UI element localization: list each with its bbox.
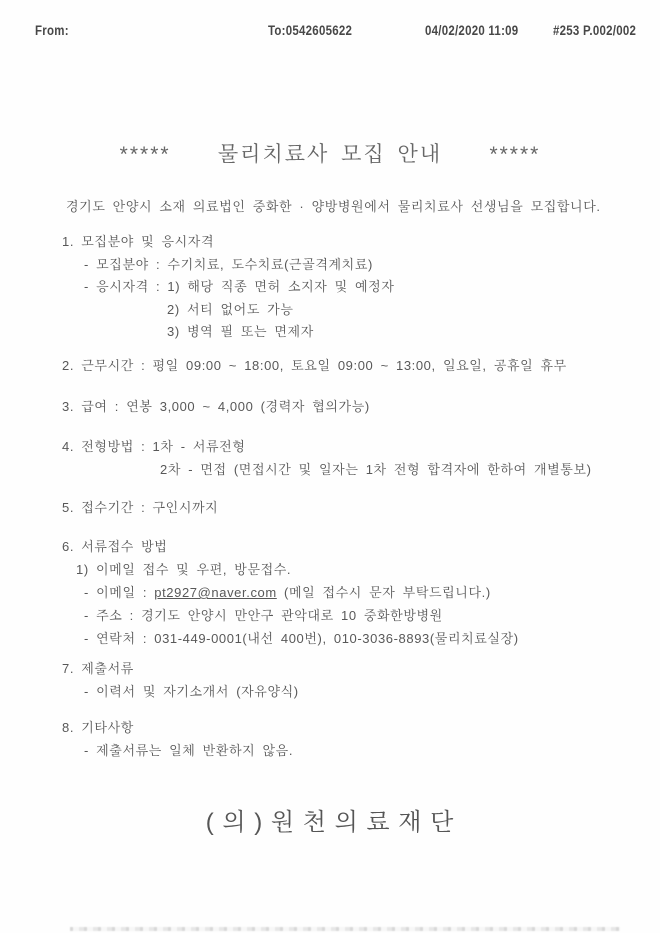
section-8-note: - 제출서류는 일체 반환하지 않음. [84,740,293,759]
section-3-salary: 3. 급여 : 연봉 3,000 ~ 4,000 (경력자 협의가능) [62,396,370,415]
section-1-qualification-2: 2) 서티 없어도 가능 [167,299,294,318]
section-2-work-hours: 2. 근무시간 : 평일 09:00 ~ 18:00, 토요일 09:00 ~ … [62,355,567,374]
fax-from-label: From: [35,23,69,38]
notice-intro: 경기도 안양시 소재 의료법인 중화한 · 양방병원에서 물리치료사 선생님을 … [66,196,601,215]
section-6-submit-method: 1) 이메일 접수 및 우편, 방문접수. [76,559,291,578]
fax-page-count: #253 P.002/002 [553,23,636,38]
section-5-application-period: 5. 접수기간 : 구인시까지 [62,497,218,516]
section-1-qualification-1: - 응시자격 : 1) 해당 직종 면허 소지자 및 예정자 [84,276,395,295]
section-4-process-step1: 4. 전형방법 : 1차 - 서류전형 [62,436,246,455]
section-1-qualification-3: 3) 병역 필 또는 면제자 [167,321,314,340]
section-4-process-step2: 2차 - 면접 (면접시간 및 일자는 1차 전형 합격자에 한하여 개별통보) [160,459,592,478]
email-label: - 이메일 : [84,585,154,600]
foundation-name: ( 의 ) 원 천 의 료 재 단 [0,802,660,837]
section-6-address: - 주소 : 경기도 안양시 만안구 관악대로 10 중화한방병원 [84,605,443,624]
section-1-heading: 1. 모집분야 및 응시자격 [62,231,214,250]
email-note: (메일 접수시 문자 부탁드립니다.) [277,585,491,600]
email-address: pt2927@naver.com [154,585,277,600]
section-7-documents: - 이력서 및 자기소개서 (자유양식) [84,681,299,700]
section-6-heading: 6. 서류접수 방법 [62,536,167,555]
section-8-heading: 8. 기타사항 [62,717,134,736]
section-6-contact: - 연락처 : 031-449-0001(내선 400번), 010-3036-… [84,628,519,647]
fax-datetime: 04/02/2020 11:09 [425,23,518,38]
notice-title: ***** 물리치료사 모집 안내 ***** [0,138,660,168]
section-1-recruit-field: - 모집분야 : 수기치료, 도수치료(근골격계치료) [84,254,373,273]
section-6-email-line: - 이메일 : pt2927@naver.com (메일 접수시 문자 부탁드립… [84,582,491,601]
scan-noise-artifact [70,927,620,931]
section-7-heading: 7. 제출서류 [62,658,134,677]
fax-to-number: To:0542605622 [268,23,352,38]
fax-page: From: To:0542605622 04/02/2020 11:09 #25… [0,0,660,933]
